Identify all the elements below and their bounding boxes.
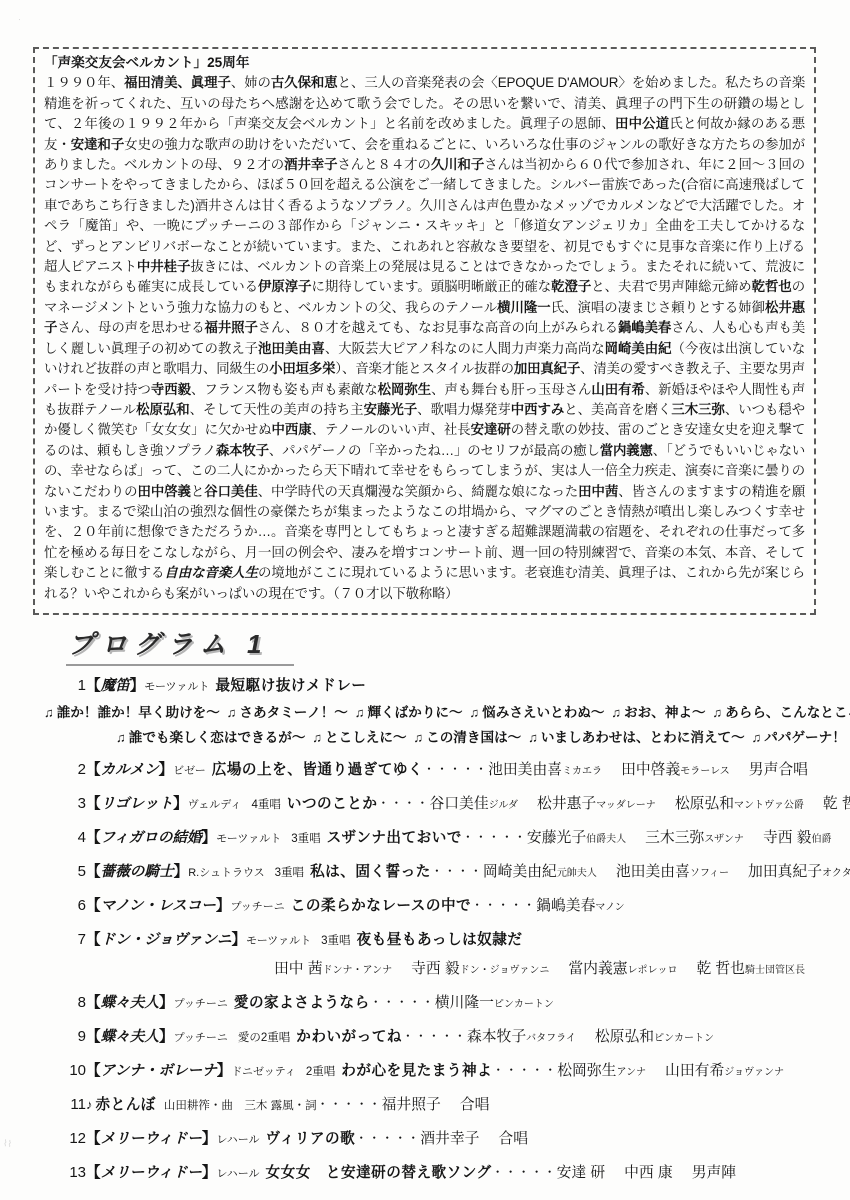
performer: 池田美由喜ソフィー (616, 864, 729, 880)
person-name: 乾哲也 (752, 279, 792, 294)
performer: 横川隆一ピンカートン (435, 995, 554, 1011)
opera-name: 薔薇の騎士 (101, 864, 174, 880)
performer-role: 騎士団管区長 (745, 965, 805, 976)
person-name: 中西康 (272, 422, 312, 437)
scan-artifact-bottom-left: ⌇⌇ (2, 1139, 19, 1150)
opera-title: 【メリーウィドー】 (86, 1131, 217, 1147)
person-name: 岡崎美由紀 (605, 341, 672, 356)
music-note-icon: ♫ (712, 705, 722, 720)
bracket: 】 (174, 864, 189, 880)
bracket: 】 (202, 1165, 217, 1181)
song-title: かわいがってね (296, 1029, 402, 1045)
lyric-phrase: いましあわせは、とわに消えて～ (541, 730, 752, 745)
performer: 池田美由喜ミカエラ (488, 762, 602, 778)
person-name: 福井照子 (205, 320, 258, 335)
person-name: 古久保和恵 (271, 75, 338, 90)
song-title: ヴィリアの歌 (266, 1131, 356, 1147)
performer: 松原弘和マントヴァ公爵 (675, 796, 804, 812)
song-title: 私は、固く誓った (310, 864, 431, 880)
ensemble-type: 愛の2重唱 (238, 1032, 290, 1044)
performer-role: モラーレス (680, 766, 730, 777)
person-name: 山田有希 (591, 382, 644, 397)
music-note-icon: ♪ (86, 1097, 93, 1112)
program-item-number: 11 (42, 1095, 86, 1114)
opera-title: 【薔薇の騎士】 (86, 864, 188, 880)
person-name: 田中公道 (615, 116, 669, 131)
program-item-line: 10【アンナ・ボレーナ】ドニゼッティ2重唱わが心を見たまう神よ・・・・・松岡弥生… (42, 1061, 837, 1082)
performer-role: レポレッロ (628, 965, 678, 976)
performer: 寺西 毅ドン・ジョヴァンニ (411, 961, 549, 977)
performer-role: オクタヴィアン (822, 868, 850, 879)
bracket: 】 (232, 932, 247, 948)
song-title: 女女女 と安達研の替え歌ソング (266, 1165, 492, 1181)
opera-title: 【メリーウィドー】 (86, 1165, 217, 1181)
performer-name: 寺西 毅 (411, 961, 460, 977)
opera-title: 【マノン・レスコー】 (86, 898, 231, 914)
performer: 乾 哲也騎士団管区長 (696, 961, 805, 977)
performer-name: 田中啓義 (621, 762, 680, 778)
music-note-icon: ♫ (312, 730, 322, 745)
composer-name: ビゼー (173, 765, 206, 777)
person-name: 乾澄子 (551, 279, 591, 294)
music-note-icon: ♫ (528, 730, 538, 745)
program-item-number: 3 (42, 794, 86, 813)
bracket: 【 (86, 762, 101, 778)
bracket: 【 (86, 678, 101, 694)
composer-name: モーツァルト (246, 935, 311, 947)
music-note-icon: ♫ (355, 705, 365, 720)
program-item-number: 5 (42, 862, 86, 881)
performer-role: ピンカートン (654, 1033, 714, 1044)
song-title: 赤とんぼ (96, 1097, 156, 1113)
body-text: さんは当初から６０代で参加され、年に２回～３回のコンサートをやってきましたから、… (44, 157, 805, 274)
bracket: 【 (86, 1131, 101, 1147)
opera-name: マノン・レスコー (101, 898, 216, 914)
performer-name: 合唱 (498, 1131, 528, 1147)
performer: 乾 哲也リゴレット (823, 796, 850, 812)
performer: 森本牧子バタフライ (467, 1029, 576, 1045)
intro-title: 「声楽交友会ベルカント」25周年 (44, 53, 805, 73)
composer-name: プッチーニ (231, 901, 285, 913)
ensemble-type: 2重唱 (306, 1066, 335, 1078)
composer-name: ヴェルディ (188, 799, 242, 811)
opera-name: アンナ・ボレーナ (101, 1063, 217, 1079)
program-item-line: 3【リゴレット】ヴェルディ4重唱いつのことか・・・・谷口美佳ジルダ松井惠子マッダ… (42, 794, 837, 815)
lyric-phrase: 悩みさえいとわぬ～ (482, 705, 611, 720)
performer-role: ドンナ・アンナ (323, 965, 393, 976)
body-text: と、美高音を磨く (564, 402, 671, 417)
performer-name: 谷口美佳 (429, 796, 488, 812)
leader-dots: ・・・・・ (317, 1097, 382, 1111)
body-text: さんと８４才の (337, 157, 430, 172)
program-heading: プログラム 1 (66, 624, 294, 666)
person-name: 鍋嶋美春 (618, 320, 671, 335)
bracket: 】 (159, 995, 174, 1011)
person-name: 福田清美、眞理子 (124, 75, 231, 90)
program-item-line: 2【カルメン】ビゼー広場の上を、皆通り過ぎてゆく・・・・・池田美由喜ミカエラ田中… (42, 760, 837, 781)
composer-name: ドニゼッティ (231, 1066, 295, 1078)
performer-role: ピンカートン (494, 999, 554, 1010)
performer: 田中 茜ドンナ・アンナ (274, 961, 392, 977)
performer: 合唱 (498, 1131, 528, 1147)
program-item: 9【蝶々夫人】プッチーニ愛の2重唱かわいがってね・・・・・森本牧子バタフライ松原… (42, 1027, 837, 1048)
medley-lyrics-line: ♫誰か！誰か！早く助けを～ ♫さあタミーノ！～ ♫輝くばかりに～ ♫悩みさえいと… (44, 703, 837, 722)
program-item-number: 12 (42, 1129, 86, 1148)
bracket: 【 (86, 1063, 101, 1079)
lyric-phrase: この清き国は～ (426, 730, 528, 745)
performer-name: 三木三弥 (645, 830, 704, 846)
person-name: 久川和子 (431, 157, 484, 172)
program-item-line: 6【マノン・レスコー】プッチーニこの柔らかなレースの中で・・・・・鍋嶋美春マノン (42, 896, 837, 917)
performer: 松原弘和ピンカートン (595, 1029, 714, 1045)
performer-name: 酒井幸子 (420, 1131, 479, 1147)
music-note-icon: ♫ (469, 705, 479, 720)
performer-role: スザンナ (704, 834, 744, 845)
performer-name: 加田真紀子 (748, 864, 822, 880)
person-name: 三木三弥 (671, 402, 725, 417)
person-name: 田中茜 (578, 484, 618, 499)
song-title: 夜も昼もあっしは奴隷だ (357, 932, 523, 948)
performer-name: 中西 康 (624, 1165, 673, 1181)
performer-role: ジョヴァンナ (724, 1067, 784, 1078)
person-name: 横川隆一 (497, 300, 551, 315)
program-item-line: 4【フィガロの結婚】モーツァルト3重唱スザンナ出ておいで・・・・・安藤光子伯爵夫… (42, 828, 837, 849)
performer-name: 田中 茜 (274, 961, 323, 977)
intro-box: 「声楽交友会ベルカント」25周年 １９９０年、福田清美、眞理子、姉の古久保和恵と… (33, 47, 816, 615)
performer-name: 松井惠子 (537, 796, 596, 812)
leader-dots: ・・・・・ (492, 1165, 557, 1179)
performer-name: 乾 哲也 (696, 961, 745, 977)
performer: 中西 康 (624, 1165, 673, 1181)
composer-name: プッチーニ (174, 1032, 228, 1044)
opera-name: 魔笛 (101, 678, 130, 694)
leader-dots: ・・・・ (377, 796, 429, 810)
intro-paragraph: １９９０年、福田清美、眞理子、姉の古久保和恵と、三人の音楽発表の会〈EPOQUE… (44, 73, 805, 604)
music-note-icon: ♫ (116, 730, 126, 745)
program-item-number: 8 (42, 993, 86, 1012)
performer-role: マノン (595, 902, 624, 913)
person-name: 酒井幸子 (284, 157, 337, 172)
opera-title: 【蝶々夫人】 (86, 1029, 174, 1045)
scan-artifact-top-left: · (17, 14, 21, 24)
performer: 當内義憲レポレッロ (568, 961, 677, 977)
performer-role: ジルダ (489, 800, 518, 811)
program-item: 10【アンナ・ボレーナ】ドニゼッティ2重唱わが心を見たまう神よ・・・・・松岡弥生… (42, 1061, 837, 1082)
bracket: 】 (173, 796, 188, 812)
composer-name: レハール (217, 1134, 260, 1146)
body-text: 、テノールのいい声、社長 (312, 422, 471, 437)
opera-name: 蝶々夫人 (101, 995, 159, 1011)
performer-role: 伯爵 (811, 834, 831, 845)
program-list: 1【魔笛】モーツァルト最短駆け抜けメドレー♫誰か！誰か！早く助けを～ ♫さあタミ… (42, 676, 837, 1197)
performer-role: ソフィー (690, 868, 729, 879)
body-text: と (191, 484, 204, 499)
music-note-icon: ♫ (227, 705, 237, 720)
program-item-number: 6 (42, 896, 86, 915)
music-note-icon: ♫ (752, 730, 762, 745)
lyric-phrase: とこしえに～ (325, 730, 413, 745)
opera-name: カルメン (101, 762, 159, 778)
opera-title: 【アンナ・ボレーナ】 (86, 1063, 231, 1079)
ensemble-type: 3重唱 (321, 935, 350, 947)
person-name: 谷口美佳 (204, 484, 257, 499)
bracket: 【 (86, 1029, 101, 1045)
program-item-number: 10 (42, 1061, 86, 1080)
program-item-number: 9 (42, 1027, 86, 1046)
performer-role: マントヴァ公爵 (734, 800, 804, 811)
lyric-phrase: 誰か！誰か！早く助けを～ (57, 705, 227, 720)
bracket: 】 (217, 1063, 232, 1079)
performer-name: 寺西 毅 (763, 830, 812, 846)
lyric-phrase: 誰でも楽しく恋はできるが～ (129, 730, 313, 745)
composer-name: レハール (217, 1168, 260, 1180)
performer-role: マッダレーナ (596, 800, 656, 811)
ensemble-type: 3重唱 (275, 867, 304, 879)
program-item-line: 13【メリーウィドー】レハール女女女 と安達研の替え歌ソング・・・・・安達 研中… (42, 1163, 837, 1184)
opera-name: ドン・ジョヴァンニ (101, 932, 232, 948)
bracket: 【 (86, 898, 101, 914)
performer: 合唱 (460, 1097, 490, 1113)
bracket: 】 (202, 830, 217, 846)
page: { "intro": { "title": "「声楽交友会ベルカント」25周年"… (0, 0, 850, 1200)
composer-name: モーツァルト (216, 833, 281, 845)
body-text: １９９０年、 (44, 75, 124, 90)
program-item-line: 1【魔笛】モーツァルト最短駆け抜けメドレー (42, 676, 837, 697)
leader-dots: ・・・・・ (492, 1063, 557, 1077)
opera-name: フィガロの結婚 (101, 830, 202, 846)
music-note-icon: ♫ (44, 705, 54, 720)
performer: 安藤光子伯爵夫人 (527, 830, 626, 846)
medley-lyrics-line: ♫誰でも楽しく恋はできるが～ ♫とこしえに～ ♫この清き国は～ ♫いましあわせは… (116, 728, 837, 747)
opera-name: メリーウィドー (101, 1131, 202, 1147)
program-item-number: 4 (42, 828, 86, 847)
performer: 松岡弥生アンナ (557, 1063, 646, 1079)
program-item-number: 13 (42, 1163, 86, 1182)
performer-name: 安藤光子 (527, 830, 586, 846)
program-item: 11♪赤とんぼ山田耕筰・曲 三木 露風・詞・・・・・福井照子合唱 (42, 1095, 837, 1116)
bracket: 】 (130, 678, 145, 694)
song-title: スザンナ出ておいで (327, 830, 462, 846)
lyric-phrase: あらら、こんなところに～ (725, 705, 850, 720)
ensemble-type: 3重唱 (291, 833, 320, 845)
bracket: 【 (86, 995, 101, 1011)
performer-name: 福井照子 (382, 1097, 441, 1113)
performer-name: 森本牧子 (467, 1029, 526, 1045)
opera-title: 【蝶々夫人】 (86, 995, 174, 1011)
person-name: 安達研 (471, 422, 511, 437)
performer-role: ドン・ジョヴァンニ (460, 965, 550, 976)
performer-name: 合唱 (460, 1097, 490, 1113)
performer: 加田真紀子オクタヴィアン (748, 864, 850, 880)
performer-name: 松原弘和 (675, 796, 734, 812)
person-name: 池田美由喜 (258, 341, 325, 356)
bracket: 【 (86, 864, 101, 880)
lyric-phrase: パパゲーナ！ (764, 730, 850, 745)
body-text: 、パパゲーノの「辛かったね…」のセリフが最高の癒し (269, 443, 600, 458)
performer-name: 松岡弥生 (557, 1063, 616, 1079)
performer-name: 當内義憲 (568, 961, 627, 977)
program-item-line: 8【蝶々夫人】プッチーニ愛の家よさようなら・・・・・横川隆一ピンカートン (42, 993, 837, 1014)
song-title: 広場の上を、皆通り過ぎてゆく (212, 762, 423, 778)
song-title: この柔らかなレースの中で (291, 898, 471, 914)
performer-name: 山田有希 (665, 1063, 724, 1079)
performer-name: 安達 研 (557, 1165, 606, 1181)
program-item-performers-line2: 田中 茜ドンナ・アンナ寺西 毅ドン・ジョヴァンニ當内義憲レポレッロ乾 哲也騎士団… (274, 960, 837, 980)
performer-name: 松原弘和 (595, 1029, 654, 1045)
body-text: 、大阪芸大ピアノ科なのに人間力声楽力高尚な (325, 341, 605, 356)
program-item: 7【ドン・ジョヴァンニ】モーツァルト3重唱夜も昼もあっしは奴隷だ田中 茜ドンナ・… (42, 930, 837, 980)
bracket: 】 (159, 762, 174, 778)
program-item-line: 11♪赤とんぼ山田耕筰・曲 三木 露風・詞・・・・・福井照子合唱 (42, 1095, 837, 1116)
performer-role: バタフライ (526, 1033, 576, 1044)
body-text: ）、音楽才能とスタイル抜群の (335, 361, 513, 376)
opera-title: 【カルメン】 (86, 762, 173, 778)
performer-name: 鍋嶋美春 (536, 898, 595, 914)
performer-name: 岡崎美由紀 (483, 864, 557, 880)
body-text: 、姉の (231, 75, 271, 90)
program-item-number: 2 (42, 760, 86, 779)
bracket: 】 (159, 1029, 174, 1045)
performer: 谷口美佳ジルダ (429, 796, 518, 812)
body-text: 、中学時代の天真爛漫な笑顔から、綺麗な娘になった (258, 484, 578, 499)
song-title: いつのことか (287, 796, 378, 812)
lyric-phrase: おお、神よ～ (624, 705, 712, 720)
leader-dots: ・・・・・ (402, 1029, 467, 1043)
lyric-phrase: さあタミーノ！～ (239, 705, 354, 720)
opera-title: 【リゴレット】 (86, 796, 188, 812)
leader-dots: ・・・・・ (462, 830, 527, 844)
performer-role: 伯爵夫人 (586, 834, 626, 845)
opera-title: 【魔笛】 (86, 678, 144, 694)
body-text: さん、８０才を越えても、なお見事な高音の向上がみられる (258, 320, 618, 335)
body-text: さん、母の声を思わせる (57, 320, 204, 335)
program-item-number: 1 (42, 676, 86, 695)
program-item: 8【蝶々夫人】プッチーニ愛の家よさようなら・・・・・横川隆一ピンカートン (42, 993, 837, 1014)
music-note-icon: ♫ (611, 705, 621, 720)
program-item-line: 9【蝶々夫人】プッチーニ愛の2重唱かわいがってね・・・・・森本牧子バタフライ松原… (42, 1027, 837, 1048)
person-name: 自由な音楽人生 (164, 565, 258, 580)
performer: 山田有希ジョヴァンナ (665, 1063, 784, 1079)
song-credit: 山田耕筰・曲 三木 露風・詞 (164, 1100, 317, 1112)
body-text: 氏、演唱の凄まじさ頼りとする姉御 (551, 300, 765, 315)
program-item: 12【メリーウィドー】レハールヴィリアの歌・・・・・酒井幸子合唱 (42, 1129, 837, 1150)
program-item-line: 5【薔薇の騎士】R.シュトラウス3重唱私は、固く誓った・・・・岡崎美由紀元帥夫人… (42, 862, 837, 883)
composer-name: プッチーニ (174, 998, 228, 1010)
performer-name: 乾 哲也 (823, 796, 850, 812)
bracket: 【 (86, 830, 101, 846)
person-name: 松原弘和 (136, 402, 190, 417)
body-text: 、歌唱力爆発芽 (417, 402, 511, 417)
performer: 酒井幸子 (420, 1131, 479, 1147)
person-name: 中西すみ (511, 402, 565, 417)
performer-name: 男声合唱 (749, 762, 808, 778)
program-item-number: 7 (42, 930, 86, 949)
performer: 三木三弥スザンナ (645, 830, 744, 846)
opera-name: メリーウィドー (101, 1165, 202, 1181)
opera-name: リゴレット (101, 796, 174, 812)
opera-title: 【フィガロの結婚】 (86, 830, 216, 846)
performer-name: 池田美由喜 (616, 864, 690, 880)
program-item-line: 12【メリーウィドー】レハールヴィリアの歌・・・・・酒井幸子合唱 (42, 1129, 837, 1150)
program-item-line: 7【ドン・ジョヴァンニ】モーツァルト3重唱夜も昼もあっしは奴隷だ (42, 930, 837, 951)
person-name: 安藤光子 (364, 402, 418, 417)
leader-dots: ・・・・・ (423, 762, 488, 776)
person-name: 寺西毅 (151, 382, 191, 397)
person-name: 加田真紀子 (514, 361, 580, 376)
body-text: 、声も舞台も肝っ玉母さん (431, 382, 591, 397)
ensemble-type: 4重唱 (251, 799, 280, 811)
body-text: に期待しています。頭脳明晰厳正的確な (311, 279, 551, 294)
opera-title: 【ドン・ジョヴァンニ】 (86, 932, 246, 948)
performer-role: ミカエラ (562, 766, 602, 777)
song-title: 最短駆け抜けメドレー (215, 678, 366, 694)
performer-role: アンナ (616, 1067, 646, 1078)
music-note-icon: ♫ (413, 730, 423, 745)
program-item: 1【魔笛】モーツァルト最短駆け抜けメドレー♫誰か！誰か！早く助けを～ ♫さあタミ… (42, 676, 837, 747)
performer: 田中啓義モラーレス (621, 762, 730, 778)
person-name: 伊原淳子 (258, 279, 312, 294)
performer: 寺西 毅伯爵 (763, 830, 832, 846)
body-text: 、フランス物も姿も声も素敵な (191, 382, 378, 397)
person-name: 田中啓義 (137, 484, 190, 499)
song-title: わが心を見たまう神よ (341, 1063, 492, 1079)
performer: 福井照子 (382, 1097, 441, 1113)
bracket: 【 (86, 932, 101, 948)
program-item: 2【カルメン】ビゼー広場の上を、皆通り過ぎてゆく・・・・・池田美由喜ミカエラ田中… (42, 760, 837, 781)
composer-name: R.シュトラウス (188, 867, 264, 879)
performer: 男声陣 (692, 1165, 736, 1181)
performer: 鍋嶋美春マノン (536, 898, 625, 914)
performer: 岡崎美由紀元帥夫人 (483, 864, 597, 880)
body-text: 、そして天性の美声の持ち主 (190, 402, 364, 417)
performer-name: 池田美由喜 (488, 762, 562, 778)
performer: 男声合唱 (749, 762, 808, 778)
program-item: 6【マノン・レスコー】プッチーニこの柔らかなレースの中で・・・・・鍋嶋美春マノン (42, 896, 837, 917)
performer: 安達 研 (557, 1165, 606, 1181)
lyric-phrase: 輝くばかりに～ (367, 705, 469, 720)
bracket: 【 (86, 1165, 101, 1181)
leader-dots: ・・・・・ (370, 995, 435, 1009)
song-title: 愛の家よさようなら (234, 995, 370, 1011)
bracket: 【 (86, 796, 101, 812)
person-name: 當内義憲 (600, 443, 653, 458)
program-item: 4【フィガロの結婚】モーツァルト3重唱スザンナ出ておいで・・・・・安藤光子伯爵夫… (42, 828, 837, 849)
leader-dots: ・・・・・ (471, 898, 536, 912)
body-text: と、夫君で男声陣総元締め (591, 279, 751, 294)
bracket: 】 (216, 898, 231, 914)
program-item: 5【薔薇の騎士】R.シュトラウス3重唱私は、固く誓った・・・・岡崎美由紀元帥夫人… (42, 862, 837, 883)
program-item: 13【メリーウィドー】レハール女女女 と安達研の替え歌ソング・・・・・安達 研中… (42, 1163, 837, 1184)
person-name: 松岡弥生 (378, 382, 431, 397)
program-item: 3【リゴレット】ヴェルディ4重唱いつのことか・・・・谷口美佳ジルダ松井惠子マッダ… (42, 794, 837, 815)
leader-dots: ・・・・・ (355, 1131, 420, 1145)
person-name: 安達和子 (71, 137, 124, 152)
composer-name: モーツァルト (144, 681, 209, 693)
performer-name: 横川隆一 (435, 995, 494, 1011)
performer-role: 元帥夫人 (557, 868, 597, 879)
person-name: 中井桂子 (137, 259, 190, 274)
performer-name: 男声陣 (692, 1165, 736, 1181)
person-name: 森本牧子 (216, 443, 269, 458)
opera-name: 蝶々夫人 (101, 1029, 159, 1045)
performer: 松井惠子マッダレーナ (537, 796, 656, 812)
bracket: 】 (202, 1131, 217, 1147)
person-name: 小田垣多栄 (269, 361, 335, 376)
leader-dots: ・・・・ (431, 864, 483, 878)
